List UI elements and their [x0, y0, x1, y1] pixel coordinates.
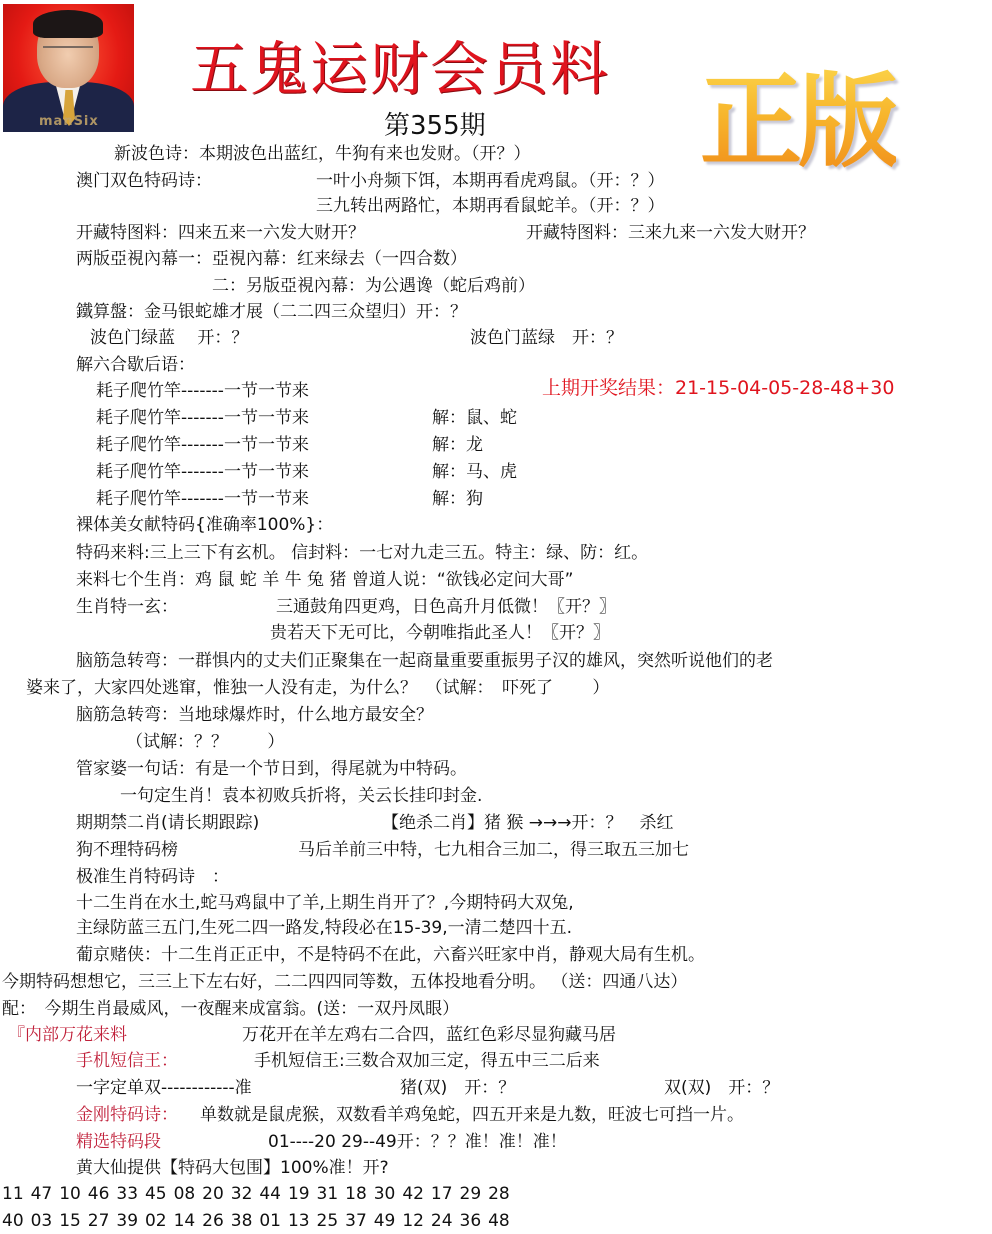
zodiac-poem-1: 三通鼓角四更鸡，日色高升月低微！〖开？〗	[276, 596, 616, 618]
wanhua-label: 『内部万花来料	[8, 1024, 127, 1046]
housekeeper-line: 管家婆一句话：有是一个节日到，得尾就为中特码。	[76, 758, 467, 780]
riddle-2-answer: 解：鼠、蛇	[432, 407, 517, 429]
number-cell: 38	[231, 1210, 260, 1232]
poem-line-2: 主绿防蓝三五门,生死二四一路发,特段必在15-39,一清二楚四十五.	[76, 917, 572, 939]
number-cell: 11	[2, 1183, 31, 1205]
number-cell: 14	[174, 1210, 203, 1232]
one-sentence-zodiac: 一句定生肖！袁本初败兵折将，关云长挂印封金.	[120, 785, 482, 807]
logo-glasses	[43, 46, 93, 58]
number-cell: 03	[31, 1210, 60, 1232]
special-source: 特码来料:三上三下有玄机。 信封料：一七对九走三五。特主：绿、防：红。	[76, 542, 648, 564]
number-cell: 02	[145, 1210, 174, 1232]
diamond-label: 金刚特码诗：	[76, 1104, 178, 1126]
zodiac-poem-2: 贵若天下无可比，今朝唯指此圣人！〖开？〗	[270, 622, 610, 644]
asia-tv-2: 二：另版亞視內幕：为公遇谗（蛇后鸡前）	[212, 275, 535, 297]
wave-color-poem: 新波色诗：本期波色出蓝红，牛狗有来也发财。（开？）	[114, 143, 531, 165]
number-cell: 31	[317, 1183, 346, 1205]
number-row-1: 114710463345082032441931183042172928	[2, 1183, 517, 1205]
riddle-5: 耗子爬竹竿-------一节一节来	[96, 488, 309, 510]
wave-gate-right: 波色门蓝绿 开：？	[470, 327, 623, 349]
number-cell: 28	[488, 1183, 517, 1205]
number-cell: 20	[202, 1183, 231, 1205]
number-cell: 18	[345, 1183, 374, 1205]
select-label: 精选特码段	[76, 1131, 161, 1153]
number-row-2: 400315273902142638011325374912243648	[2, 1210, 517, 1232]
number-cell: 49	[374, 1210, 403, 1232]
asia-tv-1: 两版亞視內幕一：亞視內幕：红来绿去（一四合数）	[76, 248, 467, 270]
ban-value: 【绝杀二肖】猪 猴 →→→开：？ 杀红	[382, 812, 674, 834]
riddle-1: 耗子爬竹竿-------一节一节来	[96, 380, 309, 402]
logo-hair	[33, 10, 103, 38]
number-cell: 08	[174, 1183, 203, 1205]
number-cell: 30	[374, 1183, 403, 1205]
riddle-2: 耗子爬竹竿-------一节一节来	[96, 407, 309, 429]
number-cell: 48	[488, 1210, 517, 1232]
sms-label: 手机短信王：	[76, 1050, 178, 1072]
number-cell: 33	[116, 1183, 145, 1205]
number-cell: 47	[31, 1183, 60, 1205]
number-cell: 13	[288, 1210, 317, 1232]
number-cell: 36	[460, 1210, 489, 1232]
macau-poem-line-2: 三九转出两路忙，本期再看鼠蛇羊。（开：？）	[316, 195, 665, 217]
hidden-chart-left: 开藏特图料：四来五来一六发大财开？	[76, 222, 365, 244]
number-cell: 32	[231, 1183, 260, 1205]
issue-number: 第355期	[384, 110, 486, 142]
wave-gate-left: 波色门绿蓝 开：？	[90, 327, 248, 349]
gambler-line: 葡京赌侠：十二生肖正正中，不是特码不在此，六畜兴旺家中肖，静观大局有生机。	[76, 944, 705, 966]
number-cell: 46	[88, 1183, 117, 1205]
dog-value: 马后羊前三中特，七九相合三加二，得三取五三加七	[298, 839, 689, 861]
riddle-5-answer: 解：狗	[432, 488, 483, 510]
diamond-value: 单数就是鼠虎猴，双数看羊鸡兔蛇，四五开来是九数，旺波七可挡一片。	[200, 1104, 744, 1126]
portrait-logo: manSix	[3, 4, 134, 132]
poem-line-1: 十二生肖在水土,蛇马鸡鼠中了羊,上期生肖开了？,今期特码大双兔,	[76, 892, 574, 914]
number-cell: 44	[259, 1183, 288, 1205]
accurate-poem-label: 极准生肖特码诗 ：	[76, 866, 229, 888]
dog-label: 狗不理特码榜	[76, 839, 178, 861]
number-cell: 15	[59, 1210, 88, 1232]
brain-teaser-2: 脑筋急转弯：当地球爆炸时，什么地方最安全？	[76, 704, 433, 726]
sms-value: 手机短信王:三数合双加三定，得五中三二后来	[254, 1050, 600, 1072]
number-cell: 17	[431, 1183, 460, 1205]
hidden-chart-right: 开藏特图料：三来九来一六发大财开？	[526, 222, 815, 244]
number-cell: 10	[59, 1183, 88, 1205]
number-cell: 24	[431, 1210, 460, 1232]
pei-line: 配： 今期生肖最威风，一夜醒来成富翁。(送：一双丹凤眼）	[2, 998, 459, 1020]
brain-teaser-1b: 婆来了，大家四处逃窜，惟独一人没有走，为什么？ （试解： 吓死了 ）	[26, 677, 609, 699]
number-cell: 26	[202, 1210, 231, 1232]
number-cell: 42	[402, 1183, 431, 1205]
select-value: 01----20 29--49开：？？准！准！准！	[268, 1131, 567, 1153]
number-cell: 40	[2, 1210, 31, 1232]
number-cell: 45	[145, 1183, 174, 1205]
accuracy-line: 裸体美女献特码{准确率100%}：	[76, 514, 333, 536]
macau-poem-label: 澳门双色特码诗：	[76, 170, 212, 192]
huang-line: 黄大仙提供【特码大包围】100%准！开?	[76, 1157, 389, 1179]
single-double-line: 一字定单双------------准	[76, 1077, 252, 1099]
riddle-3: 耗子爬竹竿-------一节一节来	[96, 434, 309, 456]
think-line: 今期特码想想它，三三上下左右好，二二四四同等数，五体投地看分明。 （送：四通八达…	[2, 971, 687, 993]
riddle-3-answer: 解：龙	[432, 434, 483, 456]
iron-abacus: 鐵算盤：金马银蛇雄才展（二二四三众望归）开：？	[76, 301, 467, 323]
number-cell: 12	[402, 1210, 431, 1232]
number-cell: 25	[317, 1210, 346, 1232]
logo-watermark: manSix	[39, 114, 99, 129]
riddle-4-answer: 解：马、虎	[432, 461, 517, 483]
number-cell: 37	[345, 1210, 374, 1232]
number-cell: 19	[288, 1183, 317, 1205]
number-cell: 01	[259, 1210, 288, 1232]
number-cell: 27	[88, 1210, 117, 1232]
riddle-label: 解六合歇后语：	[76, 354, 195, 376]
last-draw-result: 上期开奖结果：21-15-04-05-28-48+30	[542, 376, 894, 400]
ban-label: 期期禁二肖(请长期跟踪)	[76, 812, 259, 834]
macau-poem-line-1: 一叶小舟频下饵，本期再看虎鸡鼠。（开：？）	[316, 170, 665, 192]
number-cell: 29	[460, 1183, 489, 1205]
double-double: 双(双) 开：？	[664, 1077, 779, 1099]
seven-zodiac: 来料七个生肖：鸡 鼠 蛇 羊 牛 兔 猪 曾道人说：“欲钱必定问大哥”	[76, 569, 573, 591]
page-title: 五鬼运财会员料	[190, 34, 610, 104]
brain-teaser-1a: 脑筋急转弯：一群惧内的丈夫们正聚集在一起商量重要重振男子汉的雄风，突然听说他们的…	[76, 650, 773, 672]
wanhua-value: 万花开在羊左鸡右二合四，蓝红色彩尽显狗藏马居	[242, 1024, 616, 1046]
riddle-4: 耗子爬竹竿-------一节一节来	[96, 461, 309, 483]
authentic-stamp: 正版	[700, 62, 896, 182]
zodiac-label: 生肖特一玄：	[76, 596, 178, 618]
number-cell: 39	[116, 1210, 145, 1232]
brain-teaser-2-answer: （试解：？？ ）	[126, 731, 284, 753]
pig-double: 猪(双) 开：？	[400, 1077, 515, 1099]
